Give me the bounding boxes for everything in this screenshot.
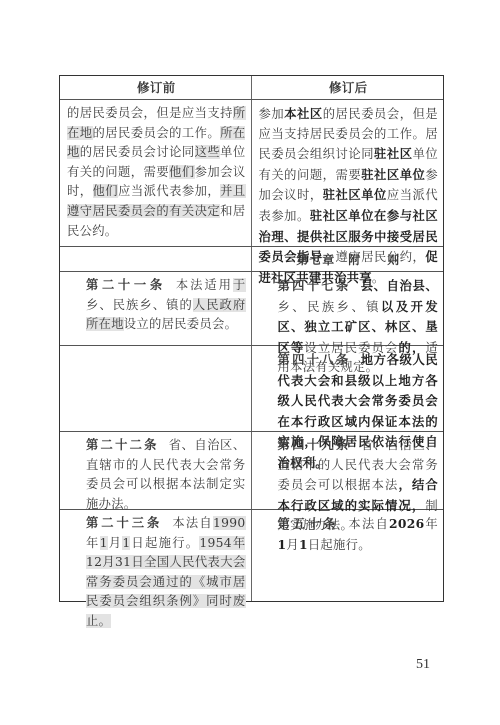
article-number: 第四十八条 <box>278 353 351 367</box>
before-cell: 第二十三条本法自1990年1月1日起施行。1954年12月31日全国人民代表大会… <box>60 510 252 601</box>
article-number: 第二十二条 <box>86 438 159 452</box>
highlighted-text: 这些 <box>195 145 221 159</box>
highlighted-text: 他们 <box>169 165 195 179</box>
body-text: 乡、民族乡、镇的 <box>86 298 193 312</box>
table-row: 第二十二条省、自治区、直辖市的人民代表大会常务委员会可以根据本法制定实施办法。 … <box>60 431 443 509</box>
highlighted-text: 1990 <box>213 516 246 530</box>
body-text: 月 <box>108 536 123 550</box>
body-text: 乡、民族乡、镇 <box>278 300 382 314</box>
article-number: 第四十七条 <box>278 279 351 293</box>
body-text: 本法自 <box>348 517 389 531</box>
after-cell: 第四十九条省、自治区、直辖市的人民代表大会常务委员会可以根据本法，结合本行政区域… <box>252 432 444 509</box>
after-cell: 第四十八条地方各级人民代表大会和县级以上地方各级人民代表大会常务委员会在本行政区… <box>252 346 444 431</box>
table-row: 的居民委员会，但是应当支持所在地的居民委员会的工作。所在地的居民委员会讨论同这些… <box>60 99 443 246</box>
bold-revised-text: 驻社区单位 <box>323 187 387 202</box>
bold-revised-text: 1 <box>299 537 308 552</box>
body-text: 的居民委员会，但是应当支持 <box>67 106 233 120</box>
chapter-heading: 第七章 附 则 <box>252 247 444 271</box>
after-cell: 参加本社区的居民委员会，但是应当支持居民委员会的工作。居民委员会组织讨论同驻社区… <box>252 100 444 246</box>
revision-comparison-table: 修订前 修订后 的居民委员会，但是应当支持所在地的居民委员会的工作。所在地的居民… <box>59 75 444 602</box>
body-text: 日起施行。 <box>130 536 199 550</box>
before-cell: 第二十一条本法适用于乡、民族乡、镇的人民政府所在地设立的居民委员会。 <box>60 272 252 345</box>
header-after: 修订后 <box>252 76 444 99</box>
article-number: 第五十条 <box>278 517 339 531</box>
body-text: 日起施行。 <box>308 538 371 552</box>
table-row: 第二十一条本法适用于乡、民族乡、镇的人民政府所在地设立的居民委员会。 第四十七条… <box>60 271 443 345</box>
highlighted-text: 他们 <box>93 184 119 198</box>
article-number: 第二十三条 <box>86 516 162 530</box>
after-cell: 第五十条本法自2026年1月1日起施行。 <box>252 510 444 601</box>
body-text: 参加 <box>259 107 285 121</box>
chapter-row: 第七章 附 则 <box>60 246 443 271</box>
highlighted-text: 于 <box>233 278 246 292</box>
highlighted-text: 1 <box>100 536 108 550</box>
body-text: 的居民委员会的工作。 <box>93 126 221 140</box>
bold-revised-text: 县、自治县、 <box>361 278 438 293</box>
before-cell: 的居民委员会，但是应当支持所在地的居民委员会的工作。所在地的居民委员会讨论同这些… <box>60 100 252 246</box>
bold-revised-text: 驻社区 <box>374 146 413 161</box>
bold-revised-text: 2026 <box>389 516 424 531</box>
before-cell-empty <box>60 346 252 431</box>
before-cell: 第二十二条省、自治区、直辖市的人民代表大会常务委员会可以根据本法制定实施办法。 <box>60 432 252 509</box>
before-cell-empty <box>60 247 252 271</box>
body-text: 的居民委员会讨论同 <box>80 145 195 159</box>
article-number: 第四十九条 <box>278 438 351 452</box>
body-text: 月 <box>286 538 299 552</box>
page-number: 51 <box>416 657 430 673</box>
table-header-row: 修订前 修订后 <box>60 76 443 99</box>
header-before: 修订前 <box>60 76 252 99</box>
body-text: 年 <box>86 536 100 550</box>
body-text: 年 <box>424 517 438 531</box>
body-text: 本法适用 <box>176 278 233 292</box>
body-text: 应当派代表参加， <box>118 184 220 198</box>
table-row: 第二十三条本法自1990年1月1日起施行。1954年12月31日全国人民代表大会… <box>60 509 443 601</box>
body-text: 本法自 <box>172 516 213 530</box>
bold-revised-text: 本社区 <box>284 106 323 121</box>
table-row: 第四十八条地方各级人民代表大会和县级以上地方各级人民代表大会常务委员会在本行政区… <box>60 345 443 431</box>
bold-revised-text: 驻社区单位 <box>361 167 425 182</box>
article-number: 第二十一条 <box>86 278 166 292</box>
body-text: 设立的居民委员会。 <box>124 317 237 331</box>
after-cell: 第四十七条县、自治县、乡、民族乡、镇以及开发区、独立工矿区、林区、垦区等设立居民… <box>252 272 444 345</box>
